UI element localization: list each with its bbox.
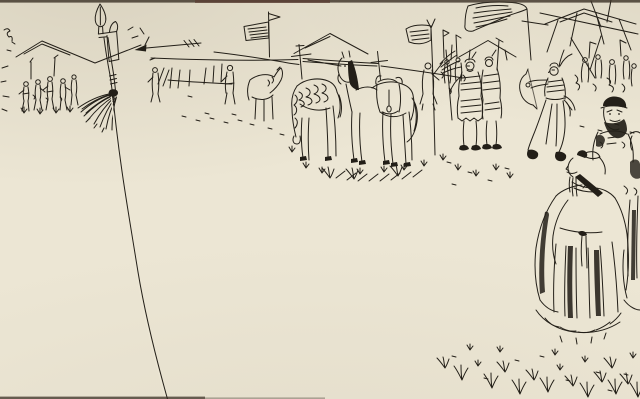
big-banner — [459, 2, 548, 60]
halberd — [78, 4, 168, 399]
line-art-illustration — [0, 0, 640, 399]
archer — [520, 50, 575, 161]
attendant — [420, 51, 461, 110]
horses — [248, 51, 418, 167]
officials — [535, 150, 640, 344]
guards — [446, 38, 503, 151]
illustration-canvas — [0, 0, 640, 399]
arrow — [135, 40, 202, 52]
bearded-general — [593, 96, 640, 162]
middle-tent — [294, 34, 368, 55]
halberd-tassel — [78, 89, 118, 132]
hitching-rail — [151, 45, 463, 80]
left-soldiers — [19, 55, 235, 114]
